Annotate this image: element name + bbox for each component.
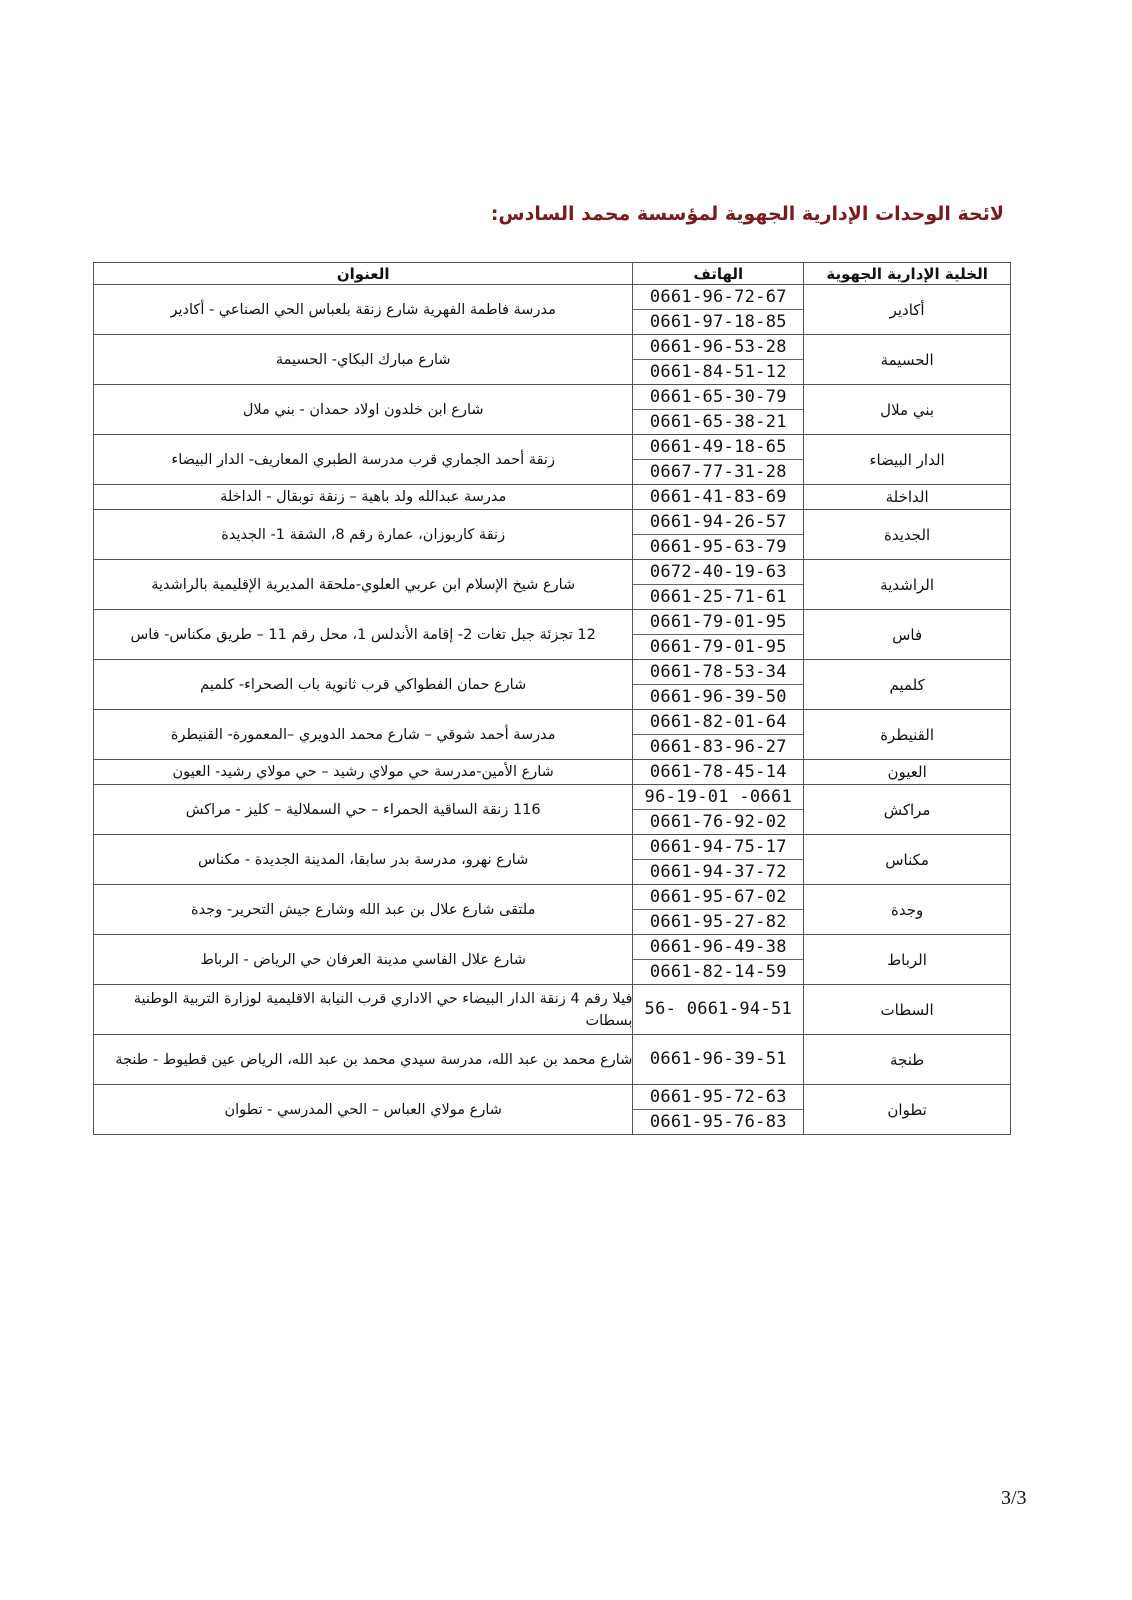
address-cell: 116 زنقة الساقية الحمراء – حي السملالية … [94,785,633,835]
phone-number: 0661-84-51-12 [633,359,803,384]
header-region: الخلية الإدارية الجهوية [804,263,1011,285]
table-row: طنجة0661-96-39-51شارع محمد بن عبد الله، … [94,1035,1011,1085]
phone-number: 0661-95-72-63 [633,1085,803,1109]
phone-cell: 0661-65-30-790661-65-38-21 [633,385,804,435]
phone-cell: 0661-96-39-51 [633,1035,804,1085]
phone-cell: 0672-40-19-630661-25-71-61 [633,560,804,610]
phone-number: 0661-25-71-61 [633,584,803,609]
phone-cell: 0661-78-45-14 [633,760,804,785]
address-cell: مدرسة عبدالله ولد باهية – زنقة توبقال - … [94,485,633,510]
phone-number: 0661-79-01-95 [633,634,803,659]
table-row: الجديدة0661-94-26-570661-95-63-79زنقة كا… [94,510,1011,560]
phone-number: 0661-65-30-79 [633,385,803,409]
address-cell: شارع شيخ الإسلام ابن عربي العلوي-ملحقة ا… [94,560,633,610]
table-row: تطوان0661-95-72-630661-95-76-83شارع مولا… [94,1085,1011,1135]
address-cell: شارع مولاي العباس – الحي المدرسي - تطوان [94,1085,633,1135]
phone-number: 0661-95-67-02 [633,885,803,909]
table-row: فاس0661-79-01-950661-79-01-9512 تجزئة جب… [94,610,1011,660]
phone-number: 0661-95-63-79 [633,534,803,559]
phone-cell: 0661-79-01-950661-79-01-95 [633,610,804,660]
phone-cell: 0661-96-53-280661-84-51-12 [633,335,804,385]
table-row: القنيطرة0661-82-01-640661-83-96-27مدرسة … [94,710,1011,760]
table-row: بني ملال0661-65-30-790661-65-38-21شارع ا… [94,385,1011,435]
region-cell: الرباط [804,935,1011,985]
table-row: وجدة0661-95-67-020661-95-27-82ملتقى شارع… [94,885,1011,935]
region-cell: العيون [804,760,1011,785]
region-cell: الدار البيضاء [804,435,1011,485]
phone-number: 0661-97-18-85 [633,309,803,334]
address-cell: شارع حمان الفطواكي قرب ثانوية باب الصحرا… [94,660,633,710]
phone-number: 0661-41-83-69 [633,485,803,509]
phone-number: 0661-82-14-59 [633,959,803,984]
phone-cell: 0661-94-75-170661-94-37-72 [633,835,804,885]
phone-number: 0661-96-39-51 [633,1035,803,1084]
address-cell: شارع ابن خلدون اولاد حمدان - بني ملال [94,385,633,435]
phone-number: 0672-40-19-63 [633,560,803,584]
phone-number: 0667-77-31-28 [633,459,803,484]
phone-number: 0661-76-92-02 [633,809,803,834]
page-number: 3/3 [1001,1487,1027,1510]
address-cell: مدرسة أحمد شوقي – شارع محمد الدويري –الم… [94,710,633,760]
address-cell: شارع مبارك البكاي- الحسيمة [94,335,633,385]
address-cell: 12 تجزئة جبل تغات 2- إقامة الأندلس 1، مح… [94,610,633,660]
phone-number: 0661-95-27-82 [633,909,803,934]
address-cell: شارع علال الفاسي مدينة العرفان حي الرياض… [94,935,633,985]
phone-number: 0661-96-72-67 [633,285,803,309]
phone-number: 0661-79-01-95 [633,610,803,634]
phone-cell: 0661-41-83-69 [633,485,804,510]
phone-cell: 0661-94-51 -56 [633,985,804,1035]
region-cell: القنيطرة [804,710,1011,760]
phone-number: 0661- 96-19-01 [633,785,803,809]
table-row: الحسيمة0661-96-53-280661-84-51-12شارع مب… [94,335,1011,385]
address-cell: شارع محمد بن عبد الله، مدرسة سيدي محمد ب… [94,1035,633,1085]
phone-number: 0661-94-26-57 [633,510,803,534]
phone-number: 0661-96-49-38 [633,935,803,959]
phone-cell: 0661-96-72-670661-97-18-85 [633,285,804,335]
phone-number: 0661-78-53-34 [633,660,803,684]
phone-number: 0661-65-38-21 [633,409,803,434]
phone-cell: 0661-78-53-340661-96-39-50 [633,660,804,710]
region-cell: بني ملال [804,385,1011,435]
table-row: أكادير0661-96-72-670661-97-18-85مدرسة فا… [94,285,1011,335]
phone-number: 0661-82-01-64 [633,710,803,734]
region-cell: فاس [804,610,1011,660]
region-cell: مراكش [804,785,1011,835]
region-cell: الجديدة [804,510,1011,560]
address-cell: زنقة كاربوزان، عمارة رقم 8، الشقة 1- الج… [94,510,633,560]
region-cell: تطوان [804,1085,1011,1135]
phone-cell: 0661-82-01-640661-83-96-27 [633,710,804,760]
phone-cell: 0661-95-67-020661-95-27-82 [633,885,804,935]
table-header-row: الخلية الإدارية الجهوية الهاتف العنوان [94,263,1011,285]
phone-number: 0661-96-53-28 [633,335,803,359]
phone-number: 0661-78-45-14 [633,760,803,784]
region-cell: أكادير [804,285,1011,335]
phone-cell: 0661-96-49-380661-82-14-59 [633,935,804,985]
region-cell: الداخلة [804,485,1011,510]
page-title: لائحة الوحدات الإدارية الجهوية لمؤسسة مح… [491,203,1004,225]
phone-number: 0661-94-75-17 [633,835,803,859]
phone-cell: 0661-94-26-570661-95-63-79 [633,510,804,560]
phone-cell: 0661-49-18-650667-77-31-28 [633,435,804,485]
table-row: الراشدية0672-40-19-630661-25-71-61شارع ش… [94,560,1011,610]
table-row: مكناس0661-94-75-170661-94-37-72شارع نهرو… [94,835,1011,885]
table-body: أكادير0661-96-72-670661-97-18-85مدرسة فا… [94,285,1011,1135]
phone-number: 0661-95-76-83 [633,1109,803,1134]
phone-cell: 0661- 96-19-010661-76-92-02 [633,785,804,835]
region-cell: الحسيمة [804,335,1011,385]
table-row: العيون0661-78-45-14شارع الأمين-مدرسة حي … [94,760,1011,785]
address-cell: شارع الأمين-مدرسة حي مولاي رشيد – حي مول… [94,760,633,785]
region-cell: كلميم [804,660,1011,710]
header-address: العنوان [94,263,633,285]
table-row: الداخلة0661-41-83-69مدرسة عبدالله ولد با… [94,485,1011,510]
phone-number: 0661-83-96-27 [633,734,803,759]
phone-cell: 0661-95-72-630661-95-76-83 [633,1085,804,1135]
header-phone: الهاتف [633,263,804,285]
phone-number: 0661-94-37-72 [633,859,803,884]
phone-number: 0661-49-18-65 [633,435,803,459]
address-cell: فيلا رقم 4 زنقة الدار البيضاء حي الاداري… [94,985,633,1035]
table-row: كلميم0661-78-53-340661-96-39-50شارع حمان… [94,660,1011,710]
region-cell: مكناس [804,835,1011,885]
address-cell: ملتقى شارع علال بن عبد الله وشارع جيش ال… [94,885,633,935]
region-cell: وجدة [804,885,1011,935]
table-row: الرباط0661-96-49-380661-82-14-59شارع علا… [94,935,1011,985]
regional-units-table: الخلية الإدارية الجهوية الهاتف العنوان أ… [93,262,1011,1135]
address-cell: شارع نهرو، مدرسة بدر سابقا، المدينة الجد… [94,835,633,885]
address-cell: زنقة أحمد الجماري قرب مدرسة الطبري المعا… [94,435,633,485]
table-row: الدار البيضاء0661-49-18-650667-77-31-28ز… [94,435,1011,485]
phone-number: 0661-96-39-50 [633,684,803,709]
region-cell: السطات [804,985,1011,1035]
region-cell: طنجة [804,1035,1011,1085]
table-row: السطات0661-94-51 -56فيلا رقم 4 زنقة الدا… [94,985,1011,1035]
region-cell: الراشدية [804,560,1011,610]
address-cell: مدرسة فاطمة الفهرية شارع زنقة بلعباس الح… [94,285,633,335]
phone-number: 0661-94-51 -56 [633,985,803,1034]
table-row: مراكش0661- 96-19-010661-76-92-02116 زنقة… [94,785,1011,835]
